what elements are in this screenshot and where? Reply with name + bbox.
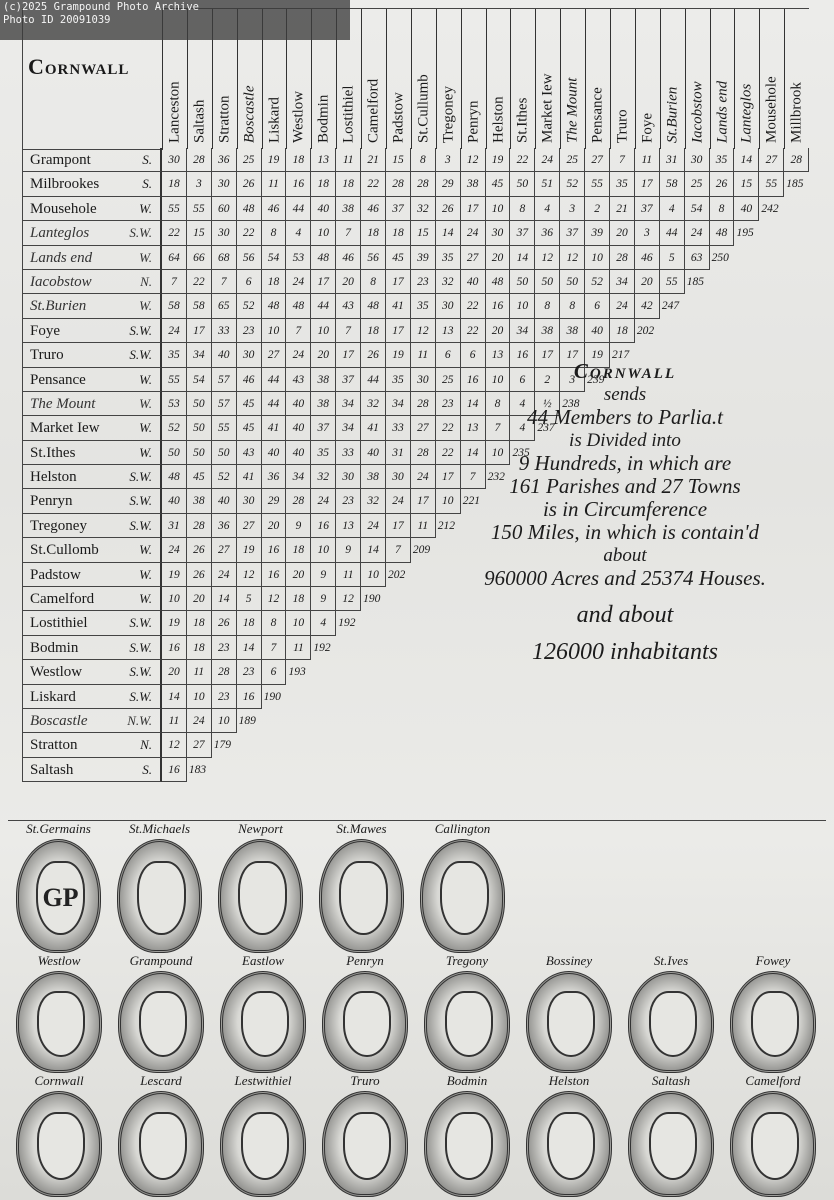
row-town-label: MilbrookesS. xyxy=(22,172,162,196)
distance-cell: 37 xyxy=(510,221,535,245)
borough-crest: Tregony xyxy=(416,953,518,1073)
distance-cell: 21 xyxy=(361,148,386,172)
distance-cell: 26 xyxy=(187,538,212,562)
column-header: St.Ithes xyxy=(510,9,535,149)
distance-cell: 40 xyxy=(361,441,386,465)
distance-cell: 34 xyxy=(187,343,212,367)
town-name: Stratton xyxy=(30,737,78,753)
column-header-label: Helston xyxy=(490,96,507,143)
distance-cell: 32 xyxy=(436,270,461,294)
distance-cell: 10 xyxy=(212,709,237,733)
column-header: Lands end xyxy=(710,9,735,149)
distance-from-london: 193 xyxy=(286,660,318,684)
row-town-label: LostithielS.W. xyxy=(22,611,162,635)
distance-cell: 14 xyxy=(162,685,187,709)
distance-cell: 50 xyxy=(560,270,585,294)
town-direction: S.W. xyxy=(129,514,152,538)
column-header-label: Foye xyxy=(639,113,656,143)
town-name: St.Cullomb xyxy=(30,542,99,558)
distance-cell: 10 xyxy=(311,221,336,245)
column-header-label: Pensance xyxy=(590,87,607,143)
crest-label: St.Germains xyxy=(8,821,109,837)
distance-cell: 52 xyxy=(162,416,187,440)
distance-cell: 5 xyxy=(237,587,262,611)
distance-cell: 18 xyxy=(237,611,262,635)
distance-cell: 20 xyxy=(610,221,635,245)
distance-from-london: 179 xyxy=(212,733,244,757)
distance-cell: 20 xyxy=(311,343,336,367)
distance-cell: 44 xyxy=(660,221,685,245)
distance-cell: 14 xyxy=(361,538,386,562)
row-town-label: Lands endW. xyxy=(22,246,162,270)
distance-cell: 8 xyxy=(262,611,287,635)
town-name: Padstow xyxy=(30,567,81,583)
crest-label: Cornwall xyxy=(8,1073,110,1089)
distance-cell: 41 xyxy=(361,416,386,440)
distance-cell: 8 xyxy=(361,270,386,294)
distance-cell: 40 xyxy=(585,319,610,343)
column-header: Millbrook xyxy=(784,9,809,149)
row-town-label: MouseholeW. xyxy=(22,197,162,221)
distance-cell: 32 xyxy=(361,489,386,513)
distance-cell: 18 xyxy=(187,636,212,660)
distance-cell: 52 xyxy=(560,172,585,196)
distance-cell: 46 xyxy=(262,197,287,221)
crest-label: St.Ives xyxy=(620,953,722,969)
stats-line: 44 Members to Parlia.t xyxy=(420,406,830,429)
town-direction: S.W. xyxy=(129,611,152,635)
distance-cell: 11 xyxy=(262,172,287,196)
distance-from-london: 190 xyxy=(361,587,393,611)
distance-cell: 58 xyxy=(162,294,187,318)
distance-cell: 13 xyxy=(336,514,361,538)
town-name: Penryn xyxy=(30,493,73,509)
distance-cell: 48 xyxy=(486,270,511,294)
crest-shield xyxy=(139,1112,188,1180)
borough-crest: Camelford xyxy=(722,1073,824,1197)
distance-cell: 7 xyxy=(162,270,187,294)
distance-cell: 16 xyxy=(237,685,262,709)
distance-cell: 45 xyxy=(187,465,212,489)
distance-cell: 35 xyxy=(311,441,336,465)
row-town-label: TregoneyS.W. xyxy=(22,514,162,538)
distance-cell: 8 xyxy=(510,197,535,221)
coat-of-arms-icon xyxy=(322,1091,408,1197)
distance-cell: 15 xyxy=(411,221,436,245)
distance-cell: 37 xyxy=(386,197,411,221)
distance-cell: 30 xyxy=(336,465,361,489)
distance-cell: 41 xyxy=(386,294,411,318)
distance-cell: 10 xyxy=(361,563,386,587)
town-name: Grampont xyxy=(30,152,91,168)
distance-cell: 6 xyxy=(262,660,287,684)
distance-cell: 32 xyxy=(411,197,436,221)
town-name: Iacobstow xyxy=(30,274,92,290)
table-title: Cornwall xyxy=(28,54,129,80)
distance-cell: 17 xyxy=(336,343,361,367)
coat-of-arms-icon xyxy=(526,1091,612,1197)
distance-cell: 40 xyxy=(162,489,187,513)
distance-cell: 40 xyxy=(311,197,336,221)
crest-shield xyxy=(137,861,185,934)
town-name: Lostithiel xyxy=(30,615,88,631)
coat-of-arms-icon xyxy=(730,971,816,1073)
distance-cell: 11 xyxy=(286,636,311,660)
distance-cell: 19 xyxy=(486,148,511,172)
distance-cell: 40 xyxy=(286,392,311,416)
distance-cell: 43 xyxy=(286,368,311,392)
distance-cell: 48 xyxy=(286,294,311,318)
distance-cell: 54 xyxy=(262,246,287,270)
crest-label: Lescard xyxy=(110,1073,212,1089)
row-town-label: HelstonS.W. xyxy=(22,465,162,489)
distance-cell: 28 xyxy=(386,172,411,196)
row-town-label: St.BurienW. xyxy=(22,294,162,318)
column-header: Helston xyxy=(486,9,511,149)
distance-cell: 18 xyxy=(187,611,212,635)
row-town-label: PensanceW. xyxy=(22,368,162,392)
distance-from-london: 250 xyxy=(710,246,742,270)
column-header: St.Cullumb xyxy=(411,9,436,149)
coat-of-arms-icon xyxy=(424,1091,510,1197)
row-town-label: GrampontS. xyxy=(22,148,162,172)
distance-cell: 19 xyxy=(162,563,187,587)
town-name: Lands end xyxy=(30,250,92,266)
distance-cell: 9 xyxy=(311,563,336,587)
distance-cell: 11 xyxy=(336,563,361,587)
distance-cell: 64 xyxy=(162,246,187,270)
column-header: Pensance xyxy=(585,9,610,149)
distance-cell: 26 xyxy=(187,563,212,587)
distance-from-london xyxy=(809,148,834,172)
distance-cell: 8 xyxy=(560,294,585,318)
row-town-label: Market IewW. xyxy=(22,416,162,440)
distance-cell: 56 xyxy=(361,246,386,270)
distance-cell: 36 xyxy=(212,148,237,172)
distance-cell: 24 xyxy=(162,319,187,343)
stats-heading: Cornwall xyxy=(420,360,830,383)
distance-cell: 24 xyxy=(162,538,187,562)
town-direction: S.W. xyxy=(129,319,152,343)
distance-cell: 42 xyxy=(635,294,660,318)
distance-cell: 25 xyxy=(685,172,710,196)
distance-cell: 7 xyxy=(212,270,237,294)
distance-cell: 25 xyxy=(560,148,585,172)
distance-cell: 68 xyxy=(212,246,237,270)
distance-cell: 15 xyxy=(386,148,411,172)
distance-cell: 28 xyxy=(784,148,809,172)
distance-cell: 10 xyxy=(510,294,535,318)
distance-cell: 55 xyxy=(212,416,237,440)
crest-shield xyxy=(547,991,596,1056)
distance-cell: 26 xyxy=(361,343,386,367)
coat-of-arms-icon xyxy=(420,839,505,953)
distance-cell: 52 xyxy=(237,294,262,318)
distance-cell: 17 xyxy=(635,172,660,196)
distance-cell: 9 xyxy=(336,538,361,562)
column-header: Truro xyxy=(610,9,635,149)
distance-cell: 22 xyxy=(187,270,212,294)
distance-cell: 30 xyxy=(237,489,262,513)
borough-crest: Grampound xyxy=(110,953,212,1073)
distance-cell: 48 xyxy=(710,221,735,245)
distance-cell: 18 xyxy=(286,587,311,611)
distance-cell: 18 xyxy=(610,319,635,343)
crest-label: Eastlow xyxy=(212,953,314,969)
distance-cell: 40 xyxy=(286,441,311,465)
distance-cell: 44 xyxy=(262,392,287,416)
crest-shield xyxy=(751,1112,800,1180)
distance-cell: 12 xyxy=(535,246,560,270)
town-name: Helston xyxy=(30,469,77,485)
distance-cell: 50 xyxy=(510,172,535,196)
distance-cell: 30 xyxy=(685,148,710,172)
distance-cell: 13 xyxy=(311,148,336,172)
stats-line: about xyxy=(420,544,830,567)
distance-cell: 14 xyxy=(237,636,262,660)
town-direction: W. xyxy=(139,563,152,587)
coat-of-arms-icon xyxy=(220,1091,306,1197)
town-name: Milbrookes xyxy=(30,176,99,192)
distance-cell: 15 xyxy=(187,221,212,245)
distance-cell: 56 xyxy=(237,246,262,270)
crest-shield xyxy=(445,991,494,1056)
distance-cell: 10 xyxy=(162,587,187,611)
distance-cell: 27 xyxy=(759,148,784,172)
distance-cell: 35 xyxy=(710,148,735,172)
column-header-label: Camelford xyxy=(366,79,383,143)
crest-shield xyxy=(440,861,488,934)
distance-cell: 10 xyxy=(311,538,336,562)
borough-crest: Callington xyxy=(412,821,513,953)
distance-cell: 35 xyxy=(436,246,461,270)
distance-cell: 24 xyxy=(535,148,560,172)
distance-cell: 26 xyxy=(436,197,461,221)
distance-cell: 35 xyxy=(162,343,187,367)
town-direction: S.W. xyxy=(129,660,152,684)
column-header: Market Iew xyxy=(535,9,560,149)
distance-cell: 28 xyxy=(212,660,237,684)
distance-cell: 58 xyxy=(660,172,685,196)
distance-cell: 27 xyxy=(461,246,486,270)
distance-cell: 7 xyxy=(336,221,361,245)
row-town-label: BoscastleN.W. xyxy=(22,709,162,733)
distance-cell: 40 xyxy=(734,197,759,221)
distance-cell: 43 xyxy=(336,294,361,318)
distance-cell: 14 xyxy=(436,221,461,245)
coat-of-arms-icon xyxy=(117,839,202,953)
distance-cell: 48 xyxy=(237,197,262,221)
distance-cell: 3 xyxy=(635,221,660,245)
distance-cell: 55 xyxy=(585,172,610,196)
distance-cell: 54 xyxy=(685,197,710,221)
distance-cell: 27 xyxy=(237,514,262,538)
distance-cell: 18 xyxy=(286,148,311,172)
borough-crest: Truro xyxy=(314,1073,416,1197)
coat-of-arms-icon xyxy=(220,971,306,1073)
distance-cell: 38 xyxy=(560,319,585,343)
distance-cell: 36 xyxy=(262,465,287,489)
distance-cell: 16 xyxy=(262,538,287,562)
crest-shield xyxy=(547,1112,596,1180)
town-direction: W. xyxy=(139,392,152,416)
town-name: Saltash xyxy=(30,762,73,778)
town-name: Market Iew xyxy=(30,420,100,436)
distance-cell: 7 xyxy=(610,148,635,172)
town-direction: S.W. xyxy=(129,221,152,245)
column-header-label: Lanteglos xyxy=(739,84,756,143)
distance-cell: 27 xyxy=(585,148,610,172)
row-town-label: PenrynS.W. xyxy=(22,489,162,513)
column-header-label: Padstow xyxy=(390,92,407,143)
town-direction: S.W. xyxy=(129,465,152,489)
borough-crest: Lestwithiel xyxy=(212,1073,314,1197)
crest-shield xyxy=(238,861,286,934)
column-header-label: Iacobstow xyxy=(689,81,706,143)
distance-cell: 36 xyxy=(212,514,237,538)
distance-cell: 28 xyxy=(187,514,212,538)
distance-cell: 53 xyxy=(162,392,187,416)
distance-cell: 7 xyxy=(262,636,287,660)
distance-cell: 6 xyxy=(237,270,262,294)
distance-cell: 16 xyxy=(162,636,187,660)
town-direction: W. xyxy=(139,587,152,611)
distance-cell: 8 xyxy=(535,294,560,318)
distance-cell: 12 xyxy=(262,587,287,611)
distance-cell: 48 xyxy=(311,246,336,270)
distance-cell: 33 xyxy=(336,441,361,465)
distance-cell: 19 xyxy=(237,538,262,562)
distance-cell: 46 xyxy=(361,197,386,221)
distance-cell: 17 xyxy=(461,197,486,221)
row-town-label: FoyeS.W. xyxy=(22,319,162,343)
distance-cell: 48 xyxy=(361,294,386,318)
distance-cell: 38 xyxy=(311,368,336,392)
distance-cell: 30 xyxy=(486,221,511,245)
distance-cell: 50 xyxy=(510,270,535,294)
distance-cell: 24 xyxy=(286,343,311,367)
crest-shield xyxy=(343,1112,392,1180)
coat-of-arms-icon xyxy=(526,971,612,1073)
distance-cell: 33 xyxy=(386,416,411,440)
distance-cell: 4 xyxy=(286,221,311,245)
distance-cell: 6 xyxy=(585,294,610,318)
crest-row: WestlowGrampoundEastlowPenrynTregonyBoss… xyxy=(8,953,826,1073)
distance-cell: 25 xyxy=(237,148,262,172)
borough-crest: St.Ives xyxy=(620,953,722,1073)
distance-cell: 38 xyxy=(336,197,361,221)
town-direction: W. xyxy=(139,294,152,318)
town-direction: N.W. xyxy=(127,709,152,733)
distance-cell: 44 xyxy=(311,294,336,318)
coat-of-arms-icon xyxy=(118,971,204,1073)
town-direction: W. xyxy=(139,416,152,440)
distance-cell: 43 xyxy=(237,441,262,465)
distance-from-london: 189 xyxy=(237,709,269,733)
distance-cell: 45 xyxy=(386,246,411,270)
distance-cell: 8 xyxy=(710,197,735,221)
borough-crest: St.Michaels xyxy=(109,821,210,953)
distance-cell: 38 xyxy=(461,172,486,196)
distance-cell: 18 xyxy=(262,270,287,294)
distance-cell: 10 xyxy=(585,246,610,270)
column-header-label: Lostithiel xyxy=(341,86,358,144)
crest-label: St.Michaels xyxy=(109,821,210,837)
town-name: Camelford xyxy=(30,591,94,607)
crest-label: Lestwithiel xyxy=(212,1073,314,1089)
distance-cell: 20 xyxy=(286,563,311,587)
town-direction: W. xyxy=(139,538,152,562)
distance-cell: 34 xyxy=(286,465,311,489)
distance-cell: 50 xyxy=(187,441,212,465)
column-header: Mousehole xyxy=(759,9,784,149)
distance-cell: 30 xyxy=(237,343,262,367)
distance-cell: 34 xyxy=(336,416,361,440)
crest-label: Bossiney xyxy=(518,953,620,969)
distance-cell: 48 xyxy=(262,294,287,318)
column-header-label: Mousehole xyxy=(764,76,781,143)
distance-cell: 5 xyxy=(660,246,685,270)
town-direction: S. xyxy=(142,172,152,196)
crest-shield xyxy=(751,991,800,1056)
distance-cell: 27 xyxy=(187,733,212,757)
distance-from-london: 202 xyxy=(386,563,418,587)
distance-cell: 40 xyxy=(212,343,237,367)
distance-from-london: 242 xyxy=(759,197,791,221)
town-name: Mousehole xyxy=(30,201,97,217)
distance-cell: 3 xyxy=(560,197,585,221)
crest-label: Bodmin xyxy=(416,1073,518,1089)
town-name: Bodmin xyxy=(30,640,78,656)
stats-line: sends xyxy=(420,383,830,406)
stats-line: 161 Parishes and 27 Towns xyxy=(420,475,830,498)
distance-cell: 8 xyxy=(411,148,436,172)
distance-cell: 17 xyxy=(386,270,411,294)
crest-shield xyxy=(649,991,698,1056)
distance-cell: 18 xyxy=(162,172,187,196)
distance-cell: 22 xyxy=(461,319,486,343)
coat-of-arms-icon xyxy=(628,1091,714,1197)
town-name: Pensance xyxy=(30,372,86,388)
distance-cell: 26 xyxy=(710,172,735,196)
distance-cell: 57 xyxy=(212,392,237,416)
distance-cell: 41 xyxy=(237,465,262,489)
column-header-label: Boscastle xyxy=(241,86,258,144)
distance-cell: 55 xyxy=(187,197,212,221)
distance-cell: 41 xyxy=(262,416,287,440)
distance-cell: 14 xyxy=(510,246,535,270)
crest-shield xyxy=(343,991,392,1056)
crest-shield xyxy=(649,1112,698,1180)
coat-of-arms-icon xyxy=(424,971,510,1073)
distance-from-london: 185 xyxy=(685,270,717,294)
town-direction: W. xyxy=(139,441,152,465)
distance-cell: 10 xyxy=(187,685,212,709)
crest-shield xyxy=(37,1112,86,1180)
distance-cell: 12 xyxy=(237,563,262,587)
town-direction: N. xyxy=(140,270,152,294)
row-town-label: LanteglosS.W. xyxy=(22,221,162,245)
distance-cell: 30 xyxy=(386,465,411,489)
distance-cell: 24 xyxy=(311,489,336,513)
town-name: St.Ithes xyxy=(30,445,75,461)
distance-from-london: 192 xyxy=(311,636,343,660)
distance-cell: 13 xyxy=(436,319,461,343)
crest-label: Callington xyxy=(412,821,513,837)
borough-crest: Bodmin xyxy=(416,1073,518,1197)
crest-shield xyxy=(241,1112,290,1180)
distance-cell: 23 xyxy=(411,270,436,294)
